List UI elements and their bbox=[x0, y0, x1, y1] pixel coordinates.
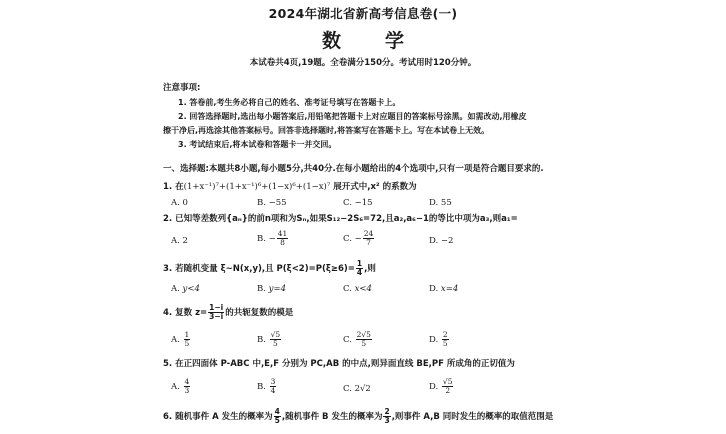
question-2: 2. 已知等差数列{aₙ}的前n项和为Sₙ,如果S₁₂−2S₆=72,且a₂,a… bbox=[163, 212, 518, 224]
question-stem-pre: 复数 z= bbox=[175, 308, 207, 318]
question-3: 3. 若随机变量 ξ~N(x,y),且 P(ξ<2)=P(ξ≥6)=14,则 bbox=[163, 260, 376, 277]
q2-option-d: D. −2 bbox=[429, 236, 453, 246]
notice-heading: 注意事项: bbox=[163, 81, 200, 93]
question-stem-post: ,则事件 A,B 同时发生的概率的取值范围是 bbox=[392, 412, 554, 422]
subject-title: 数学 bbox=[0, 26, 726, 53]
notice-item-2: 2. 回答选择题时,选出每小题答案后,用铅笔把答题卡上对应题目的答案标号涂黑。如… bbox=[178, 111, 527, 122]
question-stem-post: 的共轭复数的模是 bbox=[225, 308, 293, 318]
subject-char-1: 数 bbox=[322, 26, 341, 53]
q2-option-a: A. 2 bbox=[171, 236, 188, 246]
question-1: 1. 在(1+x⁻¹)⁷+(1+x⁻¹)⁶+(1−x)⁶+(1−x)⁷ 展开式中… bbox=[163, 180, 417, 192]
question-number: 2. bbox=[163, 214, 172, 224]
q5-option-d: D. √52 bbox=[429, 378, 454, 395]
q2-option-c: C. −247 bbox=[343, 230, 375, 247]
q3-option-a: A. y<4 bbox=[171, 284, 200, 294]
question-stem-post: ,则 bbox=[364, 264, 376, 274]
question-number: 4. bbox=[163, 308, 172, 318]
question-stem: 在正四面体 P-ABC 中,E,F 分别为 PC,AB 的中点,则异面直线 BE… bbox=[175, 359, 515, 369]
question-stem-pre: 若随机变量 ξ~N(x,y),且 P(ξ<2)=P(ξ≥6)= bbox=[175, 264, 355, 274]
question-stem-post: 展开式中,x² 的系数为 bbox=[333, 182, 416, 192]
q1-option-c: C. −15 bbox=[343, 198, 373, 208]
q1-option-b: B. −55 bbox=[257, 198, 287, 208]
q3-option-b: B. y=4 bbox=[257, 284, 286, 294]
question-number: 1. bbox=[163, 182, 172, 192]
question-4: 4. 复数 z=1−i3−i的共轭复数的模是 bbox=[163, 304, 293, 321]
notice-item-3: 3. 考试结束后,将本试卷和答题卡一并交回。 bbox=[178, 139, 336, 150]
section-heading: 一、选择题:本题共8小题,每小题5分,共40分.在每小题给出的4个选项中,只有一… bbox=[163, 162, 544, 174]
q4-option-d: D. 25 bbox=[429, 331, 450, 348]
q4-option-b: B. √55 bbox=[257, 331, 282, 348]
question-expression: (1+x⁻¹)⁷+(1+x⁻¹)⁶+(1−x)⁶+(1−x)⁷ bbox=[184, 182, 331, 192]
q2-option-b: B. −418 bbox=[257, 230, 289, 247]
q1-option-a: A. 0 bbox=[171, 198, 188, 208]
q5-option-c: C. 2√2 bbox=[343, 384, 371, 394]
q5-option-b: B. 34 bbox=[257, 378, 277, 395]
question-number: 5. bbox=[163, 359, 172, 369]
q4-option-c: C. 2√55 bbox=[343, 331, 373, 348]
q3-option-d: D. x=4 bbox=[429, 284, 458, 294]
question-stem-pre: 在 bbox=[175, 182, 184, 192]
question-stem-pre: 随机事件 A 发生的概率为 bbox=[175, 412, 273, 422]
subject-char-2: 学 bbox=[385, 26, 404, 53]
notice-item-1: 1. 答卷前,考生务必将自己的姓名、准考证号填写在答题卡上。 bbox=[178, 97, 400, 108]
q1-option-d: D. 55 bbox=[429, 198, 452, 208]
question-6: 6. 随机事件 A 发生的概率为45,随机事件 B 发生的概率为23,则事件 A… bbox=[163, 408, 553, 425]
question-stem: 已知等差数列{aₙ}的前n项和为Sₙ,如果S₁₂−2S₆=72,且a₂,a₆−1… bbox=[175, 214, 518, 224]
exam-info: 本试卷共4页,19题。全卷满分150分。考试用时120分钟。 bbox=[0, 56, 726, 68]
q5-option-a: A. 43 bbox=[171, 378, 191, 395]
question-stem-mid: ,随机事件 B 发生的概率为 bbox=[282, 412, 383, 422]
exam-title: 2024年湖北省新高考信息卷(一) bbox=[0, 4, 726, 22]
question-number: 3. bbox=[163, 264, 172, 274]
notice-item-2-cont: 擦干净后,再选涂其他答案标号。回答非选择题时,将答案写在答题卡上。写在本试卷上无… bbox=[163, 125, 489, 136]
q3-option-c: C. x<4 bbox=[343, 284, 372, 294]
question-number: 6. bbox=[163, 412, 172, 422]
q4-option-a: A. 15 bbox=[171, 331, 191, 348]
question-5: 5. 在正四面体 P-ABC 中,E,F 分别为 PC,AB 的中点,则异面直线… bbox=[163, 357, 515, 369]
